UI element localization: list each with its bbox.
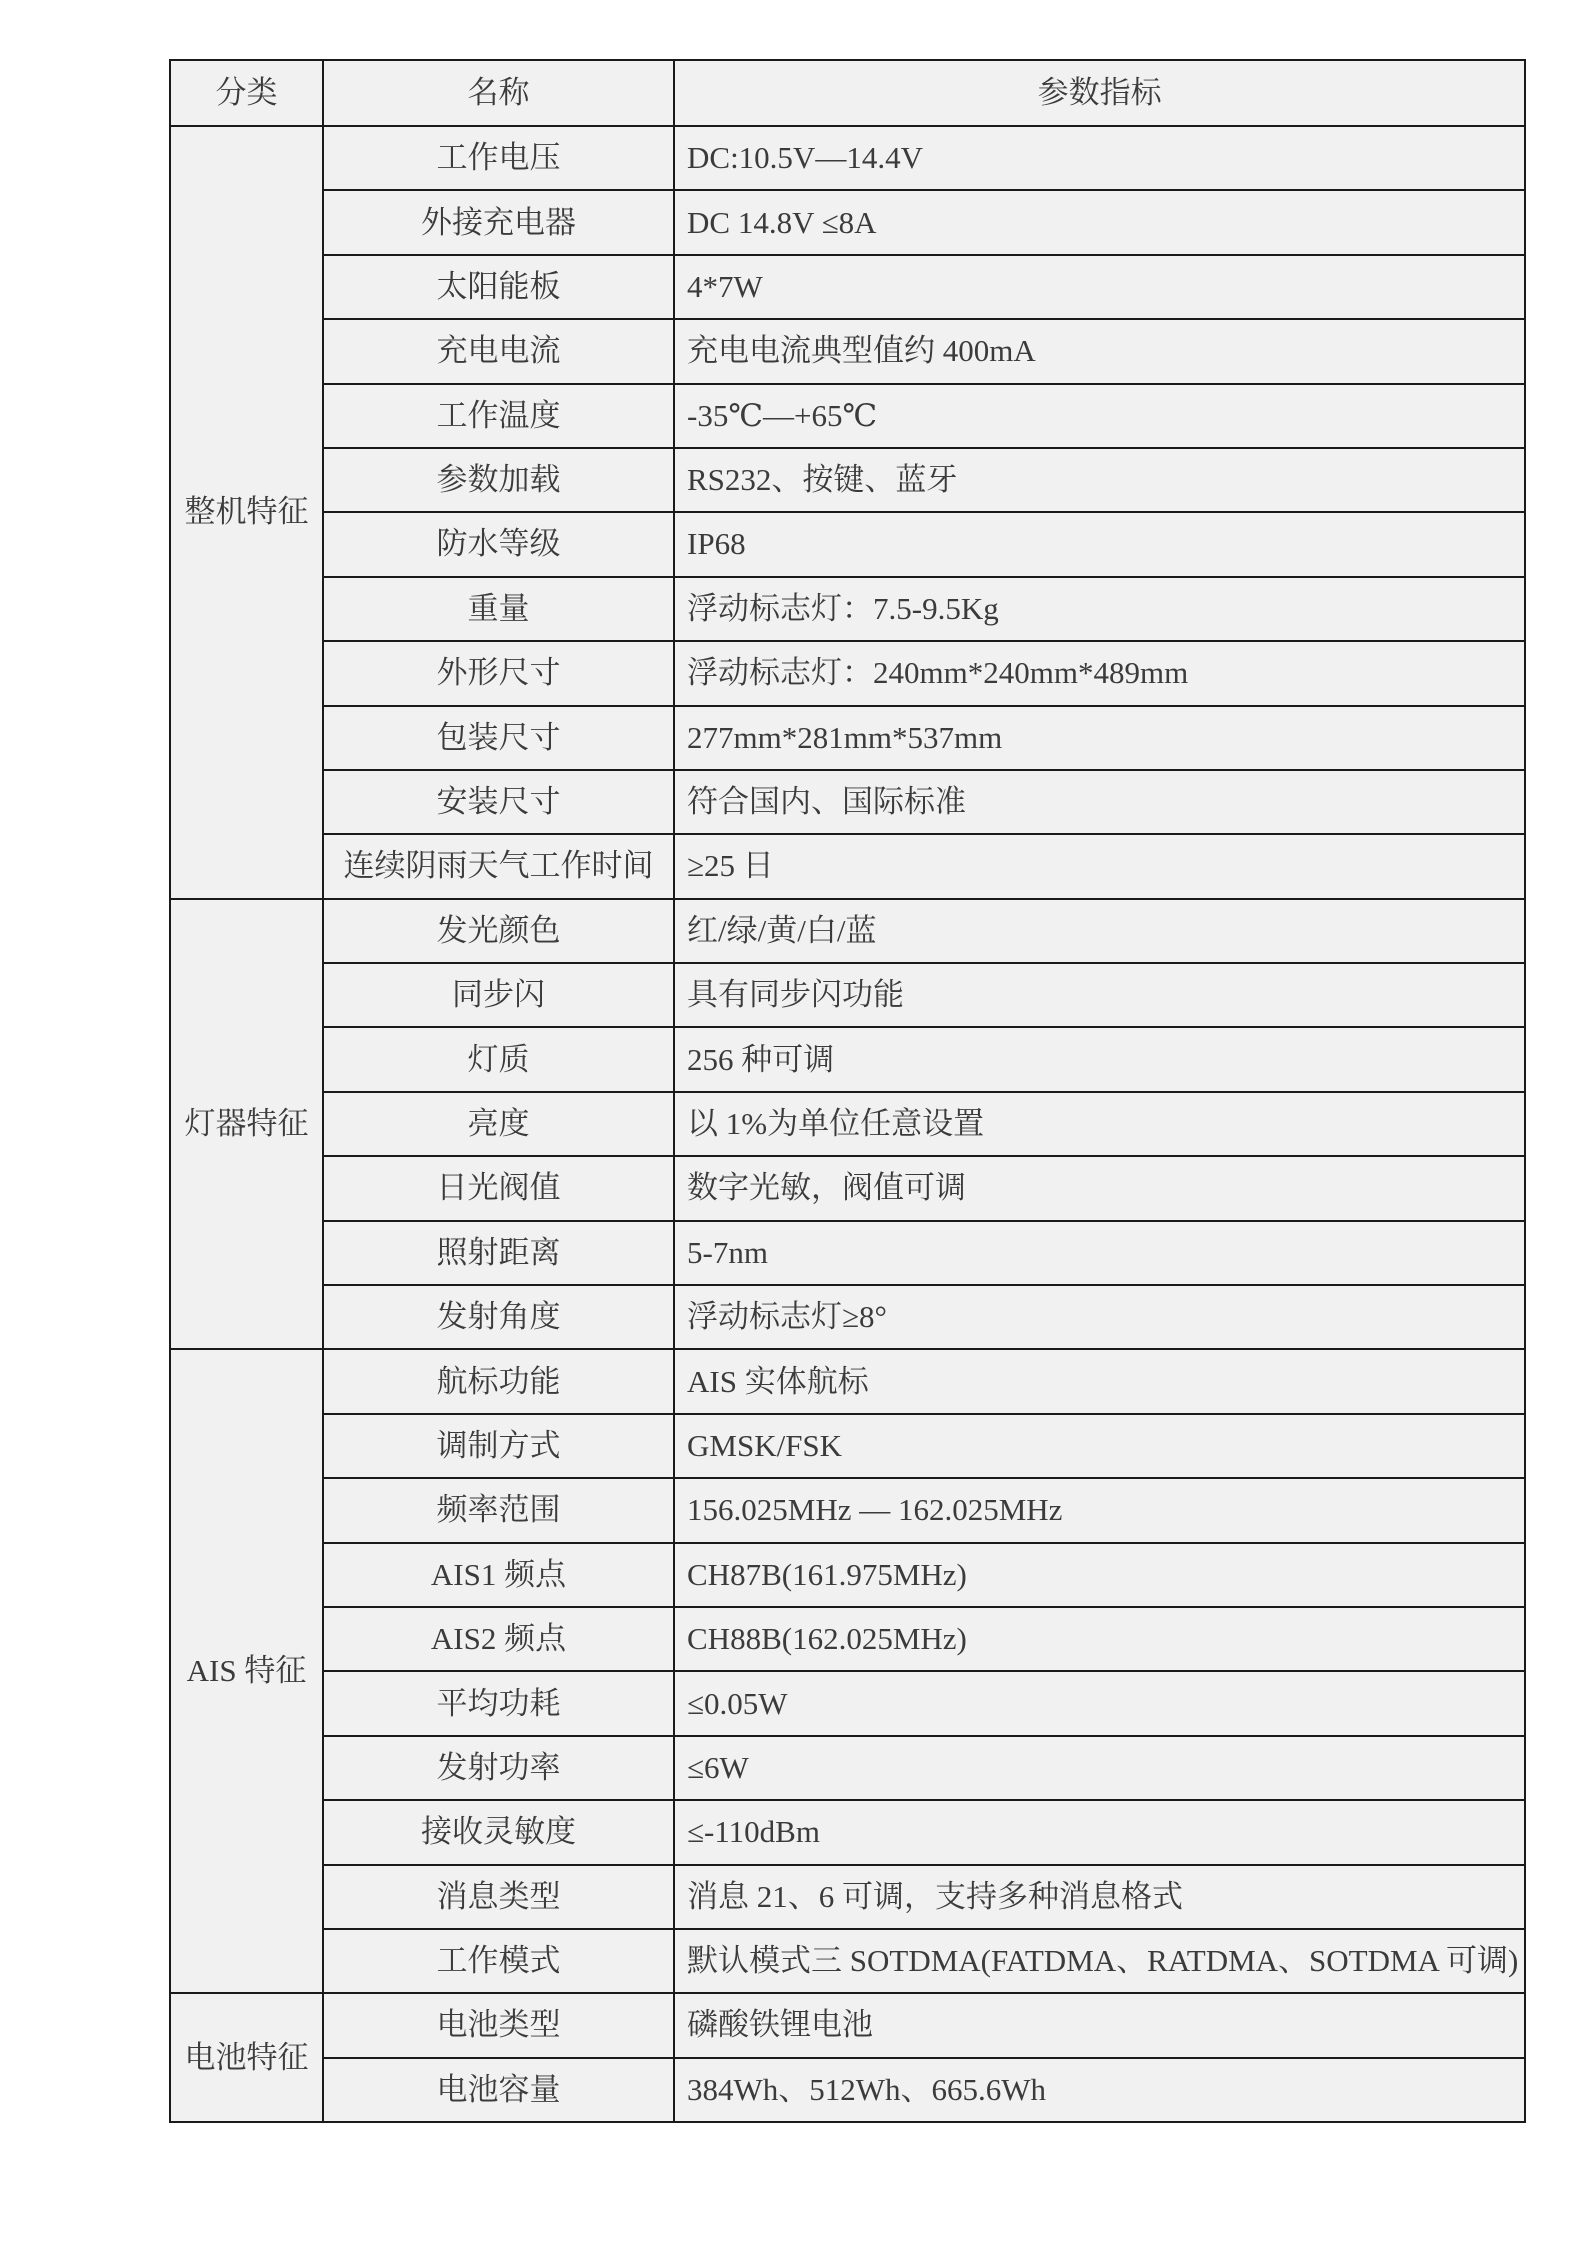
category-cell: 整机特征 [170,126,323,899]
value-cell: 磷酸铁锂电池 [674,1993,1525,2057]
table-row: 外形尺寸浮动标志灯：240mm*240mm*489mm [170,641,1525,705]
value-cell: 具有同步闪功能 [674,963,1525,1027]
value-cell: RS232、按键、蓝牙 [674,448,1525,512]
header-value: 参数指标 [674,60,1525,126]
value-cell: 默认模式三 SOTDMA(FATDMA、RATDMA、SOTDMA 可调) [674,1929,1525,1993]
value-cell: 浮动标志灯≥8° [674,1285,1525,1349]
value-cell: 4*7W [674,255,1525,319]
table-row: 亮度以 1%为单位任意设置 [170,1092,1525,1156]
spec-table: 分类 名称 参数指标 整机特征工作电压DC:10.5V—14.4V外接充电器DC… [169,59,1526,2123]
name-cell: 重量 [323,577,674,641]
table-row: 安装尺寸符合国内、国际标准 [170,770,1525,834]
name-cell: 工作温度 [323,384,674,448]
category-cell: 灯器特征 [170,899,323,1350]
table-row: 消息类型消息 21、6 可调，支持多种消息格式 [170,1865,1525,1929]
name-cell: 包装尺寸 [323,706,674,770]
name-cell: 亮度 [323,1092,674,1156]
table-row: 重量浮动标志灯：7.5-9.5Kg [170,577,1525,641]
name-cell: 同步闪 [323,963,674,1027]
value-cell: 消息 21、6 可调，支持多种消息格式 [674,1865,1525,1929]
value-cell: CH88B(162.025MHz) [674,1607,1525,1671]
table-row: 灯器特征发光颜色红/绿/黄/白/蓝 [170,899,1525,963]
table-row: 接收灵敏度≤-110dBm [170,1800,1525,1864]
value-cell: ≥25 日 [674,834,1525,898]
table-row: 电池容量384Wh、512Wh、665.6Wh [170,2058,1525,2122]
category-cell: 电池特征 [170,1993,323,2122]
value-cell: 277mm*281mm*537mm [674,706,1525,770]
value-cell: DC 14.8V ≤8A [674,190,1525,254]
table-row: 调制方式GMSK/FSK [170,1414,1525,1478]
name-cell: 电池类型 [323,1993,674,2057]
table-row: 太阳能板4*7W [170,255,1525,319]
name-cell: 调制方式 [323,1414,674,1478]
table-row: AIS2 频点CH88B(162.025MHz) [170,1607,1525,1671]
value-cell: IP68 [674,512,1525,576]
value-cell: 红/绿/黄/白/蓝 [674,899,1525,963]
name-cell: 平均功耗 [323,1671,674,1735]
name-cell: 防水等级 [323,512,674,576]
value-cell: 充电电流典型值约 400mA [674,319,1525,383]
name-cell: 消息类型 [323,1865,674,1929]
name-cell: 日光阀值 [323,1156,674,1220]
table-row: 电池特征电池类型磷酸铁锂电池 [170,1993,1525,2057]
value-cell: 符合国内、国际标准 [674,770,1525,834]
name-cell: 参数加载 [323,448,674,512]
table-row: 参数加载RS232、按键、蓝牙 [170,448,1525,512]
value-cell: ≤6W [674,1736,1525,1800]
name-cell: 发射角度 [323,1285,674,1349]
name-cell: 外形尺寸 [323,641,674,705]
value-cell: GMSK/FSK [674,1414,1525,1478]
table-row: 发射功率≤6W [170,1736,1525,1800]
value-cell: ≤0.05W [674,1671,1525,1735]
table-row: 包装尺寸277mm*281mm*537mm [170,706,1525,770]
value-cell: 256 种可调 [674,1027,1525,1091]
name-cell: 发射功率 [323,1736,674,1800]
name-cell: 工作模式 [323,1929,674,1993]
spec-table-header: 分类 名称 参数指标 [170,60,1525,126]
name-cell: 连续阴雨天气工作时间 [323,834,674,898]
value-cell: 浮动标志灯：240mm*240mm*489mm [674,641,1525,705]
name-cell: 频率范围 [323,1478,674,1542]
table-row: 充电电流充电电流典型值约 400mA [170,319,1525,383]
header-category: 分类 [170,60,323,126]
category-cell: AIS 特征 [170,1349,323,1993]
name-cell: 照射距离 [323,1221,674,1285]
name-cell: 航标功能 [323,1349,674,1413]
value-cell: -35℃—+65℃ [674,384,1525,448]
table-row: 发射角度浮动标志灯≥8° [170,1285,1525,1349]
name-cell: 充电电流 [323,319,674,383]
value-cell: AIS 实体航标 [674,1349,1525,1413]
table-row: 防水等级IP68 [170,512,1525,576]
table-row: 平均功耗≤0.05W [170,1671,1525,1735]
table-row: 连续阴雨天气工作时间≥25 日 [170,834,1525,898]
value-cell: 156.025MHz — 162.025MHz [674,1478,1525,1542]
table-row: AIS 特征航标功能AIS 实体航标 [170,1349,1525,1413]
table-row: 外接充电器DC 14.8V ≤8A [170,190,1525,254]
name-cell: 安装尺寸 [323,770,674,834]
name-cell: 电池容量 [323,2058,674,2122]
value-cell: 以 1%为单位任意设置 [674,1092,1525,1156]
table-row: 工作模式默认模式三 SOTDMA(FATDMA、RATDMA、SOTDMA 可调… [170,1929,1525,1993]
table-row: 照射距离5-7nm [170,1221,1525,1285]
table-row: 灯质256 种可调 [170,1027,1525,1091]
name-cell: 太阳能板 [323,255,674,319]
value-cell: 5-7nm [674,1221,1525,1285]
name-cell: AIS2 频点 [323,1607,674,1671]
value-cell: DC:10.5V—14.4V [674,126,1525,190]
value-cell: 浮动标志灯：7.5-9.5Kg [674,577,1525,641]
table-row: 工作温度-35℃—+65℃ [170,384,1525,448]
value-cell: 数字光敏，阀值可调 [674,1156,1525,1220]
value-cell: CH87B(161.975MHz) [674,1543,1525,1607]
table-row: 频率范围156.025MHz — 162.025MHz [170,1478,1525,1542]
table-row: AIS1 频点CH87B(161.975MHz) [170,1543,1525,1607]
name-cell: AIS1 频点 [323,1543,674,1607]
name-cell: 发光颜色 [323,899,674,963]
name-cell: 灯质 [323,1027,674,1091]
name-cell: 接收灵敏度 [323,1800,674,1864]
spec-table-body: 整机特征工作电压DC:10.5V—14.4V外接充电器DC 14.8V ≤8A太… [170,126,1525,2122]
name-cell: 工作电压 [323,126,674,190]
name-cell: 外接充电器 [323,190,674,254]
table-row: 整机特征工作电压DC:10.5V—14.4V [170,126,1525,190]
value-cell: ≤-110dBm [674,1800,1525,1864]
table-row: 同步闪具有同步闪功能 [170,963,1525,1027]
value-cell: 384Wh、512Wh、665.6Wh [674,2058,1525,2122]
header-row: 分类 名称 参数指标 [170,60,1525,126]
header-name: 名称 [323,60,674,126]
table-row: 日光阀值数字光敏，阀值可调 [170,1156,1525,1220]
